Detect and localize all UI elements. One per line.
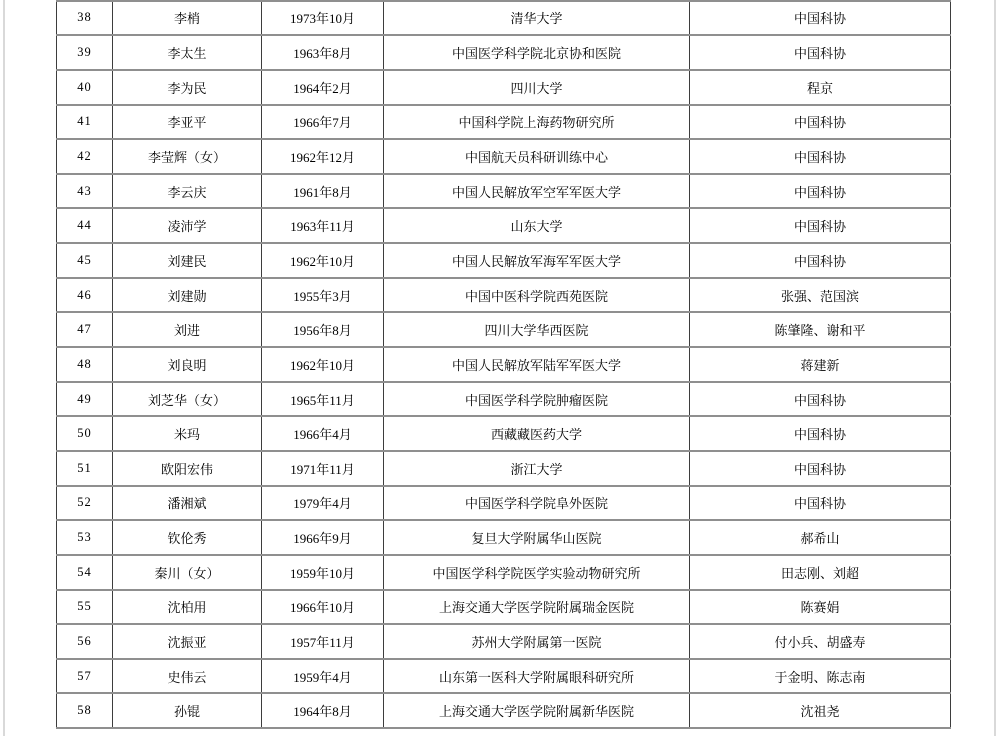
page-left-edge-line	[3, 0, 5, 736]
cell-index: 48	[57, 347, 113, 382]
cell-index: 39	[57, 35, 113, 70]
cell-institution: 中国科学院上海药物研究所	[384, 105, 690, 140]
cell-nominator: 郝希山	[690, 520, 951, 555]
cell-name: 欧阳宏伟	[113, 451, 262, 486]
table-row: 52潘湘斌1979年4月中国医学科学院阜外医院中国科协	[57, 486, 951, 521]
cell-name: 刘芝华（女）	[113, 382, 262, 417]
cell-index: 38	[57, 1, 113, 36]
table-row: 44凌沛学1963年11月山东大学中国科协	[57, 208, 951, 243]
table-row: 58孙锟1964年8月上海交通大学医学院附属新华医院沈祖尧	[57, 693, 951, 728]
cell-institution: 中国医学科学院阜外医院	[384, 486, 690, 521]
cell-institution: 中国医学科学院肿瘤医院	[384, 382, 690, 417]
cell-institution: 中国人民解放军海军军医大学	[384, 243, 690, 278]
cell-birth-date: 1962年10月	[262, 243, 384, 278]
cell-index: 51	[57, 451, 113, 486]
cell-nominator: 沈祖尧	[690, 693, 951, 728]
cell-name: 沈柏用	[113, 590, 262, 625]
cell-index: 52	[57, 486, 113, 521]
cell-nominator: 中国科协	[690, 139, 951, 174]
cell-nominator: 于金明、陈志南	[690, 659, 951, 694]
cell-institution: 上海交通大学医学院附属瑞金医院	[384, 590, 690, 625]
cell-birth-date: 1965年11月	[262, 382, 384, 417]
cell-name: 史伟云	[113, 659, 262, 694]
cell-index: 49	[57, 382, 113, 417]
cell-name: 刘建勋	[113, 278, 262, 313]
cell-index: 53	[57, 520, 113, 555]
cell-birth-date: 1964年8月	[262, 693, 384, 728]
cell-birth-date: 1971年11月	[262, 451, 384, 486]
cell-institution: 上海交通大学医学院附属新华医院	[384, 693, 690, 728]
table-row: 41李亚平1966年7月中国科学院上海药物研究所中国科协	[57, 105, 951, 140]
cell-institution: 中国中医科学院西苑医院	[384, 278, 690, 313]
table-row: 49刘芝华（女）1965年11月中国医学科学院肿瘤医院中国科协	[57, 382, 951, 417]
cell-institution: 四川大学	[384, 70, 690, 105]
cell-index: 40	[57, 70, 113, 105]
nominees-table-body: 38李梢1973年10月清华大学中国科协39李太生1963年8月中国医学科学院北…	[57, 0, 951, 728]
cell-birth-date: 1966年4月	[262, 416, 384, 451]
cell-birth-date: 1959年10月	[262, 555, 384, 590]
cell-nominator: 中国科协	[690, 208, 951, 243]
table-row: 38李梢1973年10月清华大学中国科协	[57, 1, 951, 36]
cell-birth-date: 1962年10月	[262, 347, 384, 382]
cell-name: 钦伦秀	[113, 520, 262, 555]
cell-name: 李莹辉（女）	[113, 139, 262, 174]
cell-birth-date: 1966年9月	[262, 520, 384, 555]
cell-name: 李梢	[113, 1, 262, 36]
cell-name: 孙锟	[113, 693, 262, 728]
cell-name: 李太生	[113, 35, 262, 70]
table-row: 57史伟云1959年4月山东第一医科大学附属眼科研究所于金明、陈志南	[57, 659, 951, 694]
table-row: 51欧阳宏伟1971年11月浙江大学中国科协	[57, 451, 951, 486]
cell-birth-date: 1979年4月	[262, 486, 384, 521]
cell-nominator: 中国科协	[690, 174, 951, 209]
cell-nominator: 中国科协	[690, 1, 951, 36]
cell-institution: 中国医学科学院医学实验动物研究所	[384, 555, 690, 590]
cell-institution: 山东第一医科大学附属眼科研究所	[384, 659, 690, 694]
cell-institution: 西藏藏医药大学	[384, 416, 690, 451]
cell-name: 潘湘斌	[113, 486, 262, 521]
cell-nominator: 中国科协	[690, 486, 951, 521]
cell-nominator: 中国科协	[690, 451, 951, 486]
cell-institution: 山东大学	[384, 208, 690, 243]
page-right-edge-line	[994, 0, 996, 736]
cell-name: 沈振亚	[113, 624, 262, 659]
table-row: 40李为民1964年2月四川大学程京	[57, 70, 951, 105]
cell-index: 43	[57, 174, 113, 209]
table-row: 50米玛1966年4月西藏藏医药大学中国科协	[57, 416, 951, 451]
cell-name: 秦川（女）	[113, 555, 262, 590]
cell-institution: 中国航天员科研训练中心	[384, 139, 690, 174]
cell-birth-date: 1962年12月	[262, 139, 384, 174]
cell-index: 42	[57, 139, 113, 174]
cell-index: 54	[57, 555, 113, 590]
cell-index: 44	[57, 208, 113, 243]
cell-nominator: 田志刚、刘超	[690, 555, 951, 590]
cell-institution: 中国医学科学院北京协和医院	[384, 35, 690, 70]
cell-birth-date: 1973年10月	[262, 1, 384, 36]
cell-institution: 清华大学	[384, 1, 690, 36]
table-row: 42李莹辉（女）1962年12月中国航天员科研训练中心中国科协	[57, 139, 951, 174]
cell-birth-date: 1961年8月	[262, 174, 384, 209]
table-row: 39李太生1963年8月中国医学科学院北京协和医院中国科协	[57, 35, 951, 70]
cell-birth-date: 1963年11月	[262, 208, 384, 243]
cell-index: 45	[57, 243, 113, 278]
table-row: 54秦川（女）1959年10月中国医学科学院医学实验动物研究所田志刚、刘超	[57, 555, 951, 590]
cell-index: 58	[57, 693, 113, 728]
cell-birth-date: 1966年10月	[262, 590, 384, 625]
table-row: 45刘建民1962年10月中国人民解放军海军军医大学中国科协	[57, 243, 951, 278]
cell-name: 凌沛学	[113, 208, 262, 243]
cell-name: 李云庆	[113, 174, 262, 209]
cell-nominator: 中国科协	[690, 243, 951, 278]
cell-birth-date: 1956年8月	[262, 312, 384, 347]
cell-name: 李亚平	[113, 105, 262, 140]
table-row: 46刘建勋1955年3月中国中医科学院西苑医院张强、范国滨	[57, 278, 951, 313]
cell-nominator: 张强、范国滨	[690, 278, 951, 313]
cell-birth-date: 1963年8月	[262, 35, 384, 70]
cell-name: 刘建民	[113, 243, 262, 278]
cell-institution: 中国人民解放军陆军军医大学	[384, 347, 690, 382]
cell-institution: 苏州大学附属第一医院	[384, 624, 690, 659]
cell-nominator: 付小兵、胡盛寿	[690, 624, 951, 659]
cell-index: 46	[57, 278, 113, 313]
cell-name: 李为民	[113, 70, 262, 105]
cell-nominator: 陈肇隆、谢和平	[690, 312, 951, 347]
cell-institution: 中国人民解放军空军军医大学	[384, 174, 690, 209]
cell-institution: 浙江大学	[384, 451, 690, 486]
table-row: 47刘进1956年8月四川大学华西医院陈肇隆、谢和平	[57, 312, 951, 347]
cell-name: 刘进	[113, 312, 262, 347]
cell-birth-date: 1964年2月	[262, 70, 384, 105]
cell-index: 56	[57, 624, 113, 659]
cell-name: 刘良明	[113, 347, 262, 382]
cell-nominator: 中国科协	[690, 382, 951, 417]
cell-nominator: 蒋建新	[690, 347, 951, 382]
table-row: 55沈柏用1966年10月上海交通大学医学院附属瑞金医院陈赛娟	[57, 590, 951, 625]
cell-index: 55	[57, 590, 113, 625]
cell-nominator: 陈赛娟	[690, 590, 951, 625]
cell-birth-date: 1955年3月	[262, 278, 384, 313]
cell-index: 41	[57, 105, 113, 140]
cell-name: 米玛	[113, 416, 262, 451]
table-row: 53钦伦秀1966年9月复旦大学附属华山医院郝希山	[57, 520, 951, 555]
table-row: 56沈振亚1957年11月苏州大学附属第一医院付小兵、胡盛寿	[57, 624, 951, 659]
cell-nominator: 中国科协	[690, 105, 951, 140]
cell-index: 47	[57, 312, 113, 347]
table-row: 48刘良明1962年10月中国人民解放军陆军军医大学蒋建新	[57, 347, 951, 382]
document-page: 38李梢1973年10月清华大学中国科协39李太生1963年8月中国医学科学院北…	[0, 0, 1000, 736]
cell-index: 50	[57, 416, 113, 451]
cell-index: 57	[57, 659, 113, 694]
cell-nominator: 程京	[690, 70, 951, 105]
cell-birth-date: 1966年7月	[262, 105, 384, 140]
cell-birth-date: 1959年4月	[262, 659, 384, 694]
cell-birth-date: 1957年11月	[262, 624, 384, 659]
nominees-table: 38李梢1973年10月清华大学中国科协39李太生1963年8月中国医学科学院北…	[56, 0, 951, 729]
cell-institution: 四川大学华西医院	[384, 312, 690, 347]
cell-nominator: 中国科协	[690, 416, 951, 451]
cell-institution: 复旦大学附属华山医院	[384, 520, 690, 555]
table-row: 43李云庆1961年8月中国人民解放军空军军医大学中国科协	[57, 174, 951, 209]
cell-nominator: 中国科协	[690, 35, 951, 70]
